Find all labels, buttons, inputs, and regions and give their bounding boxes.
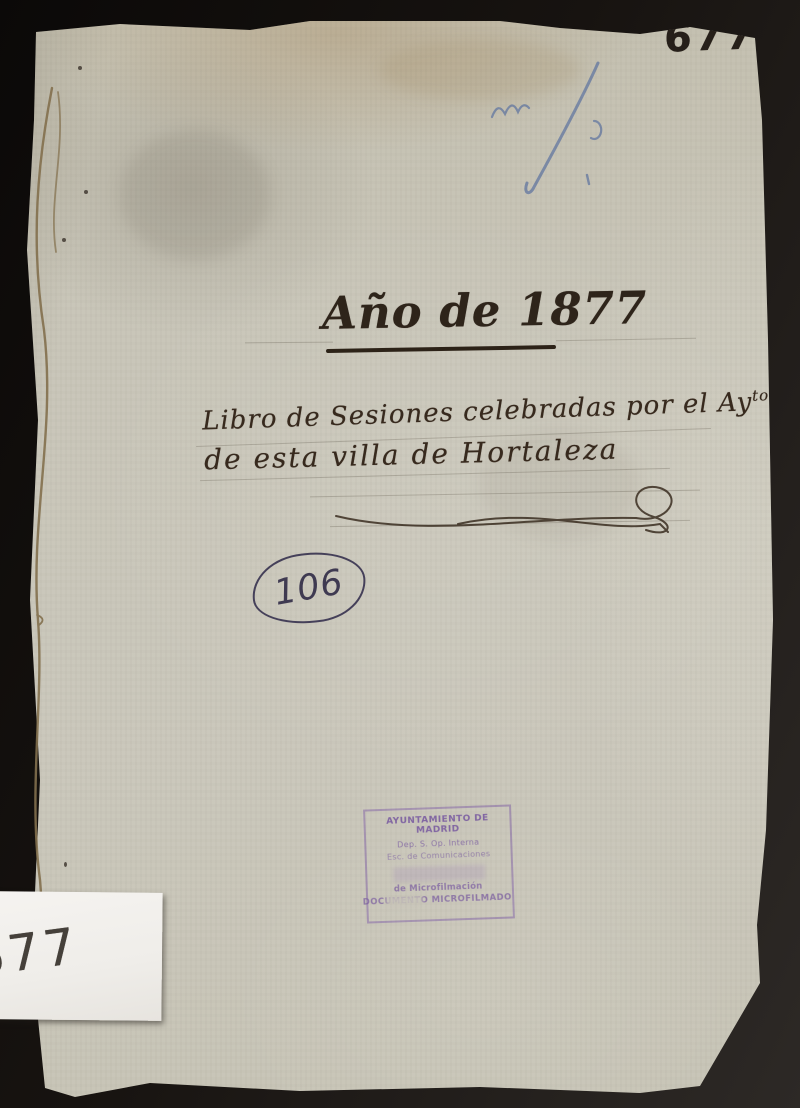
folio-number-circle: 106 [249, 547, 370, 629]
title-underline [326, 345, 556, 353]
scan-background: 677 Año de 1877 Libro de Sesiones celebr… [0, 0, 800, 1108]
white-label: 677 [0, 891, 163, 1021]
pen-flourish [318, 468, 688, 553]
ruled-line [556, 338, 696, 341]
stamp-faded-date [393, 864, 485, 882]
subtitle-superscript: to [752, 386, 770, 405]
label-number: 677 [0, 917, 83, 988]
ruled-line [245, 342, 333, 344]
folio-number: 106 [271, 562, 347, 614]
blue-pencil-mark [482, 55, 622, 205]
stamp-fade-patch [386, 895, 422, 909]
archive-number-top: 677 [663, 12, 757, 61]
stamp-line-section: Esc. de Comunicaciones [367, 848, 511, 862]
cover-title: Año de 1877 [322, 281, 648, 340]
paper-stain [120, 130, 270, 260]
paper-speck [84, 190, 88, 194]
stamp-line-organization: AYUNTAMIENTO DE MADRID [365, 813, 510, 838]
paper-speck [78, 66, 82, 70]
archive-stamp: AYUNTAMIENTO DE MADRID Dep. S. Op. Inter… [363, 804, 515, 923]
